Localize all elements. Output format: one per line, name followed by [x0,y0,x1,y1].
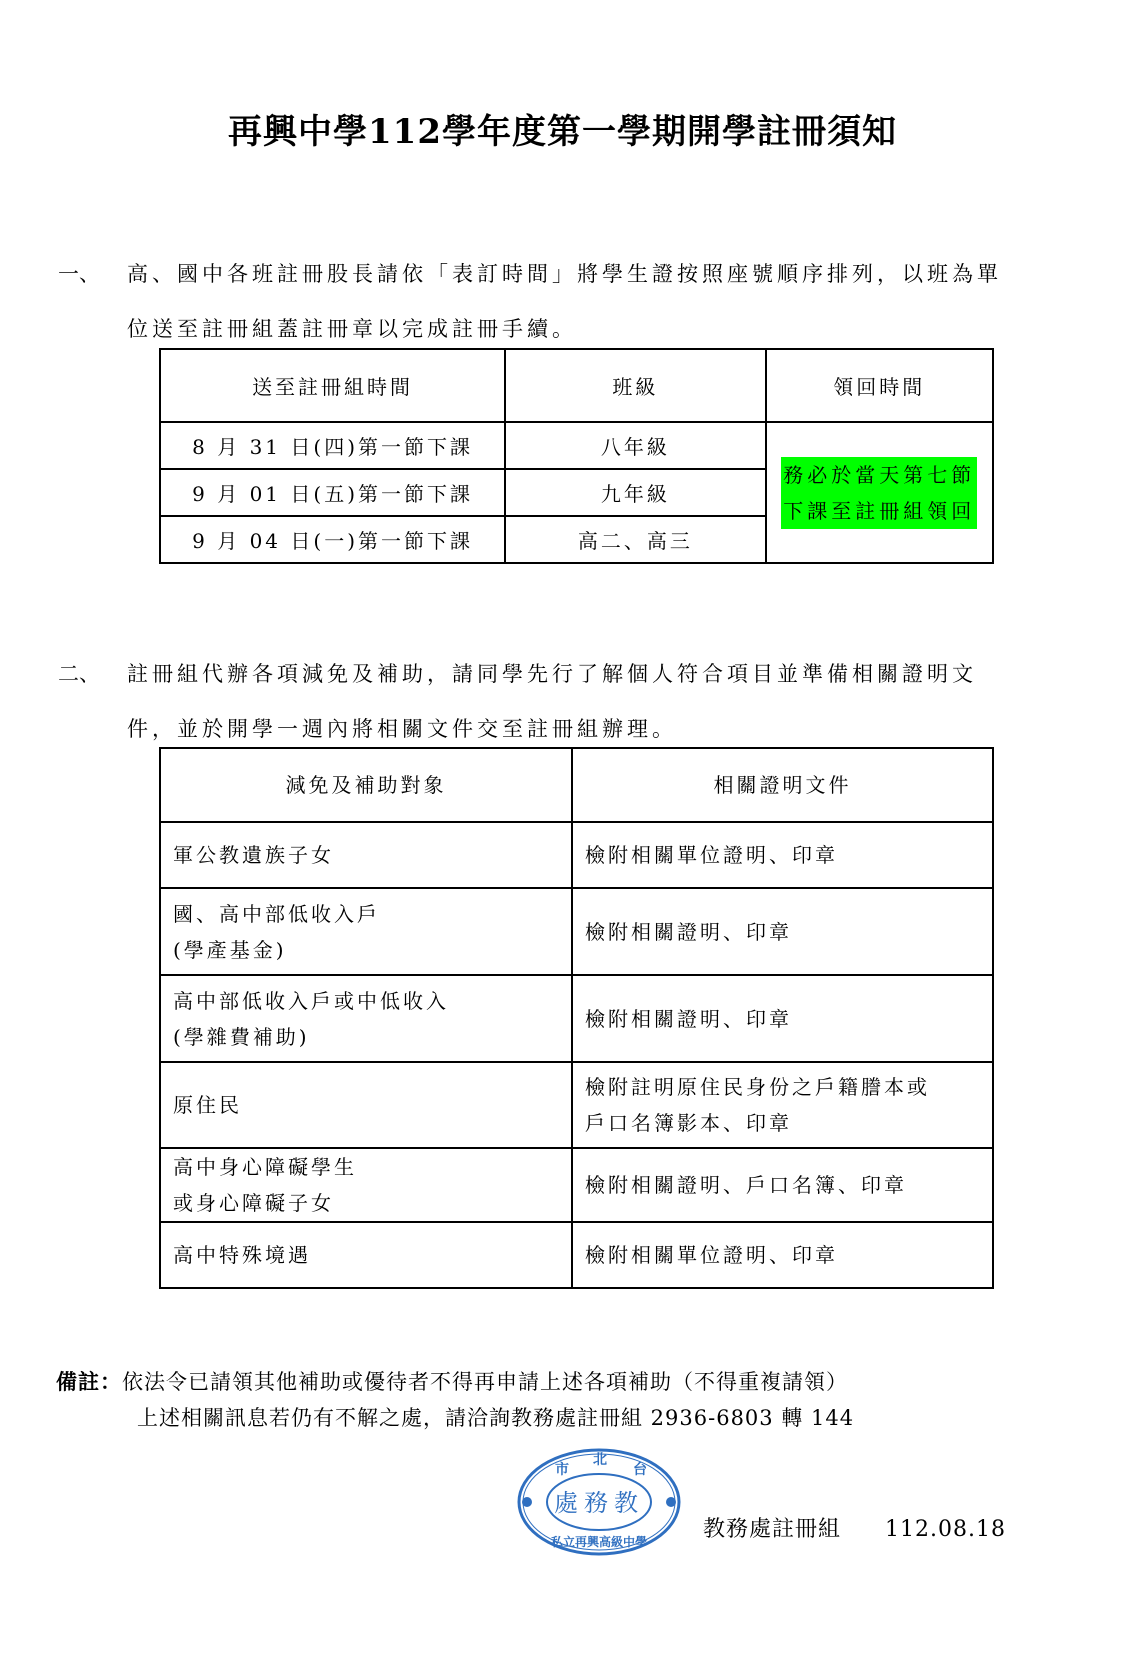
grade-cell: 八年級 [505,422,765,469]
docs-line2: 戶口名簿影本、印章 [585,1111,792,1135]
table-row: 高中特殊境遇 檢附相關單位證明、印章 [160,1222,993,1288]
target-line1: 高中身心障礙學生 [173,1155,357,1179]
school-seal-stamp-icon: 市 北 台 處務教 私立再興高級中學 [515,1446,683,1558]
docs-line1: 檢附註明原住民身份之戶籍謄本或 [585,1075,930,1099]
section2-number: 二、 [58,658,100,688]
signature: 教務處註冊組 112.08.18 [703,1512,1006,1543]
docs-cell: 檢附相關單位證明、印章 [572,822,993,888]
docs-line1: 檢附相關證明、印章 [585,920,792,944]
subsidy-documents-table: 減免及補助對象 相關證明文件 軍公教遺族子女 檢附相關單位證明、印章 國、高中部… [159,747,994,1289]
header-cell: 送至註冊組時間 [160,349,505,422]
docs-line1: 檢附相關證明、印章 [585,1007,792,1031]
docs-cell: 檢附相關證明、印章 [572,975,993,1062]
signature-date: 112.08.18 [885,1517,1006,1542]
section1-text-line1: 高、國中各班註冊股長請依「表訂時間」將學生證按照座號順序排列，以班為單 [127,258,1002,288]
table-row: 8 月 31 日(四)第一節下課 八年級 務必於當天第七節 下課至註冊組領回 [160,422,993,469]
target-cell: 高中部低收入戶或中低收入(學雜費補助) [160,975,572,1062]
table-row: 軍公教遺族子女 檢附相關單位證明、印章 [160,822,993,888]
docs-cell: 檢附註明原住民身份之戶籍謄本或戶口名簿影本、印章 [572,1062,993,1148]
docs-line1: 檢附相關單位證明、印章 [585,1243,838,1267]
notes-line2: 上述相關訊息若仍有不解之處，請洽詢教務處註冊組 2936-6803 轉 144 [137,1402,854,1432]
table-header-row: 減免及補助對象 相關證明文件 [160,748,993,822]
target-cell: 國、高中部低收入戶(學產基金) [160,888,572,975]
header-cell: 班級 [505,349,765,422]
svg-text:市: 市 [555,1461,569,1478]
time-cell: 9 月 04 日(一)第一節下課 [160,516,505,563]
target-line1: 國、高中部低收入戶 [173,902,380,926]
notes-text1: 依法令已請領其他補助或優待者不得再申請上述各項補助（不得重複請領） [122,1370,848,1394]
docs-cell: 檢附相關證明、戶口名簿、印章 [572,1148,993,1222]
notes-line1: 備註：依法令已請領其他補助或優待者不得再申請上述各項補助（不得重複請領） [56,1366,848,1396]
docs-cell: 檢附相關單位證明、印章 [572,1222,993,1288]
return-time-cell: 務必於當天第七節 下課至註冊組領回 [766,422,993,563]
notes-label: 備註： [56,1369,122,1394]
target-line2: 或身心障礙子女 [173,1191,334,1215]
target-cell: 軍公教遺族子女 [160,822,572,888]
signature-office: 教務處註冊組 [703,1517,841,1542]
table-header-row: 送至註冊組時間 班級 領回時間 [160,349,993,422]
return-note-line1: 務必於當天第七節 [781,457,977,493]
table-row: 高中身心障礙學生或身心障礙子女 檢附相關證明、戶口名簿、印章 [160,1148,993,1222]
target-line1: 軍公教遺族子女 [173,843,334,867]
target-line2: (學雜費補助) [173,1025,310,1049]
docs-line1: 檢附相關證明、戶口名簿、印章 [585,1173,907,1197]
target-cell: 高中特殊境遇 [160,1222,572,1288]
target-cell: 高中身心障礙學生或身心障礙子女 [160,1148,572,1222]
target-line1: 高中特殊境遇 [173,1243,311,1267]
grade-cell: 高二、高三 [505,516,765,563]
svg-text:私立再興高級中學: 私立再興高級中學 [551,1534,647,1549]
table-row: 高中部低收入戶或中低收入(學雜費補助) 檢附相關證明、印章 [160,975,993,1062]
section2-text-line1: 註冊組代辦各項減免及補助，請同學先行了解個人符合項目並準備相關證明文 [127,658,977,688]
grade-cell: 九年級 [505,469,765,516]
svg-text:處務教: 處務教 [554,1489,644,1517]
docs-cell: 檢附相關證明、印章 [572,888,993,975]
table-row: 國、高中部低收入戶(學產基金) 檢附相關證明、印章 [160,888,993,975]
page-title: 再興中學112學年度第一學期開學註冊須知 [0,104,1125,153]
svg-text:北: 北 [593,1452,607,1468]
target-line1: 高中部低收入戶或中低收入 [173,989,449,1013]
header-cell: 減免及補助對象 [160,748,572,822]
table-row: 原住民 檢附註明原住民身份之戶籍謄本或戶口名簿影本、印章 [160,1062,993,1148]
return-note-line2: 下課至註冊組領回 [781,493,977,529]
time-cell: 9 月 01 日(五)第一節下課 [160,469,505,516]
docs-line1: 檢附相關單位證明、印章 [585,843,838,867]
registration-schedule-table: 送至註冊組時間 班級 領回時間 8 月 31 日(四)第一節下課 八年級 務必於… [159,348,994,564]
section1-number: 一、 [58,258,100,288]
target-line1: 原住民 [173,1093,242,1117]
header-cell: 相關證明文件 [572,748,993,822]
section1-text-line2: 位送至註冊組蓋註冊章以完成註冊手續。 [127,313,577,343]
target-cell: 原住民 [160,1062,572,1148]
svg-text:台: 台 [633,1461,647,1478]
time-cell: 8 月 31 日(四)第一節下課 [160,422,505,469]
target-line2: (學產基金) [173,938,287,962]
header-cell: 領回時間 [766,349,993,422]
section2-text-line2: 件，並於開學一週內將相關文件交至註冊組辦理。 [127,713,677,743]
